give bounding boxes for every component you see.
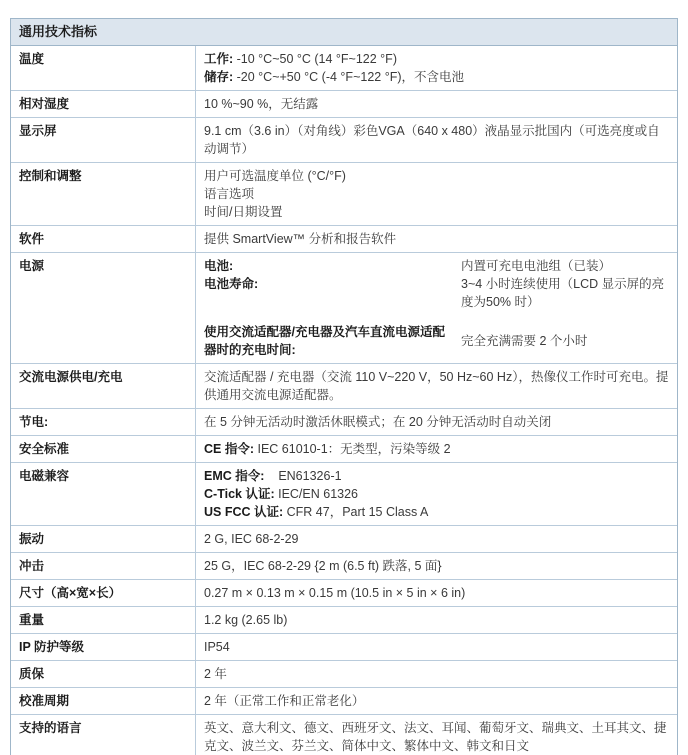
spec-value-line: C-Tick 认证: IEC/EN 61326 (204, 485, 669, 503)
spec-row: 软件提供 SmartView™ 分析和报告软件 (11, 226, 677, 253)
spec-row: 电源电池:内置可充电电池组（已装）电池寿命:3~4 小时连续使用（LCD 显示屏… (11, 253, 677, 364)
spec-value-text: -20 °C~+50 °C (-4 °F~122 °F)，不含电池 (233, 70, 464, 84)
spec-label: 电磁兼容 (11, 463, 196, 525)
spec-row: 温度工作: -10 °C~50 °C (14 °F~122 °F)储存: -20… (11, 46, 677, 91)
spec-value-line: 10 %~90 %，无结露 (204, 95, 669, 113)
spec-value: 交流适配器 / 充电器（交流 110 V~220 V，50 Hz~60 Hz），… (196, 364, 677, 408)
spec-value: 9.1 cm（3.6 in）（对角线）彩色VGA（640 x 480）液晶显示批… (196, 118, 677, 162)
spec-row: 交流电源供电/充电交流适配器 / 充电器（交流 110 V~220 V，50 H… (11, 364, 677, 409)
spec-value: 用户可选温度单位 (°C/°F)语言选项时间/日期设置 (196, 163, 677, 225)
power-sub-key: 电池: (204, 257, 451, 275)
spec-value-text: 交流适配器 / 充电器（交流 110 V~220 V，50 Hz~60 Hz），… (204, 370, 668, 402)
spec-value-line: US FCC 认证: CFR 47，Part 15 Class A (204, 503, 669, 521)
spec-row: 节电:在 5 分钟无活动时激活休眠模式；在 20 分钟无活动时自动关闭 (11, 409, 677, 436)
spec-value: 工作: -10 °C~50 °C (14 °F~122 °F)储存: -20 °… (196, 46, 677, 90)
spec-value: 0.27 m × 0.13 m × 0.15 m (10.5 in × 5 in… (196, 580, 677, 606)
spec-inline-key: 储存: (204, 70, 233, 84)
spec-value: 2 G, IEC 68-2-29 (196, 526, 677, 552)
spec-value-text: 用户可选温度单位 (°C/°F) (204, 169, 346, 183)
spec-label: 软件 (11, 226, 196, 252)
spec-row: 冲击25 G，IEC 68-2-29 {2 m (6.5 ft) 跌落, 5 面… (11, 553, 677, 580)
spec-value-text: 语言选项 (204, 187, 254, 201)
spec-label: 冲击 (11, 553, 196, 579)
spec-value-line: 1.2 kg (2.65 lb) (204, 611, 669, 629)
spec-value-text: 0.27 m × 0.13 m × 0.15 m (10.5 in × 5 in… (204, 586, 465, 600)
power-sub-key: 电池寿命: (204, 275, 451, 311)
spec-row: 相对湿度10 %~90 %，无结露 (11, 91, 677, 118)
spec-value-text: IEC/EN 61326 (275, 487, 358, 501)
power-subtable: 电池:内置可充电电池组（已装）电池寿命:3~4 小时连续使用（LCD 显示屏的亮… (204, 257, 669, 359)
spec-label: 支持的语言 (11, 715, 196, 755)
spec-label: 相对湿度 (11, 91, 196, 117)
spec-value-line: CE 指令: IEC 61010-1：无类型，污染等级 2 (204, 440, 669, 458)
spec-label: 显示屏 (11, 118, 196, 162)
spec-inline-key: US FCC 认证: (204, 505, 283, 519)
spec-value-line: 0.27 m × 0.13 m × 0.15 m (10.5 in × 5 in… (204, 584, 669, 602)
spec-value: 25 G，IEC 68-2-29 {2 m (6.5 ft) 跌落, 5 面} (196, 553, 677, 579)
spec-value: 10 %~90 %，无结露 (196, 91, 677, 117)
power-sub-value: 完全充满需要 2 个小时 (461, 332, 669, 350)
spec-value-line: 英文、意大利文、德文、西班牙文、法文、耳闻、葡萄牙文、瑞典文、土耳其文、捷克文、… (204, 719, 669, 755)
spec-row: IP 防护等级IP54 (11, 634, 677, 661)
spec-value-line: 2 年 (204, 665, 669, 683)
spec-value-text: 10 %~90 %，无结露 (204, 97, 318, 111)
table-title: 通用技术指标 (11, 19, 677, 46)
spec-value-text: 时间/日期设置 (204, 205, 282, 219)
spec-row: 质保2 年 (11, 661, 677, 688)
spec-value-text: CFR 47，Part 15 Class A (283, 505, 428, 519)
spec-value-text: 提供 SmartView™ 分析和报告软件 (204, 232, 396, 246)
spec-value-text: 在 5 分钟无活动时激活休眠模式；在 20 分钟无活动时自动关闭 (204, 415, 551, 429)
spec-value-line: 在 5 分钟无活动时激活休眠模式；在 20 分钟无活动时自动关闭 (204, 413, 669, 431)
spec-value-text: 2 G, IEC 68-2-29 (204, 532, 299, 546)
spec-label: 质保 (11, 661, 196, 687)
spec-label: 尺寸（高×宽×长） (11, 580, 196, 606)
spec-value-text: 英文、意大利文、德文、西班牙文、法文、耳闻、葡萄牙文、瑞典文、土耳其文、捷克文、… (204, 721, 667, 753)
spec-value-line: 2 G, IEC 68-2-29 (204, 530, 669, 548)
power-sub-value: 内置可充电电池组（已装） (461, 257, 669, 275)
spec-value: 提供 SmartView™ 分析和报告软件 (196, 226, 677, 252)
spec-value-line: 25 G，IEC 68-2-29 {2 m (6.5 ft) 跌落, 5 面} (204, 557, 669, 575)
spec-value: 在 5 分钟无活动时激活休眠模式；在 20 分钟无活动时自动关闭 (196, 409, 677, 435)
spec-label: 节电: (11, 409, 196, 435)
spec-value-text: 25 G，IEC 68-2-29 {2 m (6.5 ft) 跌落, 5 面} (204, 559, 442, 573)
spec-value: CE 指令: IEC 61010-1：无类型，污染等级 2 (196, 436, 677, 462)
spec-value-text: 2 年 (204, 667, 227, 681)
spec-row: 控制和调整用户可选温度单位 (°C/°F)语言选项时间/日期设置 (11, 163, 677, 226)
spec-value: 2 年（正常工作和正常老化） (196, 688, 677, 714)
spec-value-line: 交流适配器 / 充电器（交流 110 V~220 V，50 Hz~60 Hz），… (204, 368, 669, 404)
spec-value-line: 时间/日期设置 (204, 203, 669, 221)
spec-rows-container: 温度工作: -10 °C~50 °C (14 °F~122 °F)储存: -20… (11, 46, 677, 755)
spec-value-line: EMC 指令: EN61326-1 (204, 467, 669, 485)
spec-inline-key: C-Tick 认证: (204, 487, 275, 501)
spec-table: 通用技术指标 温度工作: -10 °C~50 °C (14 °F~122 °F)… (10, 18, 678, 755)
spec-label: 温度 (11, 46, 196, 90)
spec-value-text: 9.1 cm（3.6 in）（对角线）彩色VGA（640 x 480）液晶显示批… (204, 124, 660, 156)
spec-row: 支持的语言英文、意大利文、德文、西班牙文、法文、耳闻、葡萄牙文、瑞典文、土耳其文… (11, 715, 677, 755)
spec-label: 振动 (11, 526, 196, 552)
spec-value: IP54 (196, 634, 677, 660)
spec-inline-key: CE 指令: (204, 442, 254, 456)
spec-label: 安全标准 (11, 436, 196, 462)
spec-label: 交流电源供电/充电 (11, 364, 196, 408)
spec-value: 2 年 (196, 661, 677, 687)
spec-value-line: 语言选项 (204, 185, 669, 203)
spec-value-line: 提供 SmartView™ 分析和报告软件 (204, 230, 669, 248)
spec-label: 控制和调整 (11, 163, 196, 225)
spec-value-line: 用户可选温度单位 (°C/°F) (204, 167, 669, 185)
spec-label: 电源 (11, 253, 196, 363)
power-sub-key: 使用交流适配器/充电器及汽车直流电源适配器时的充电时间: (204, 323, 451, 359)
spec-value-text: IP54 (204, 640, 230, 654)
spec-row: 振动2 G, IEC 68-2-29 (11, 526, 677, 553)
spec-row: 安全标准CE 指令: IEC 61010-1：无类型，污染等级 2 (11, 436, 677, 463)
spec-row: 校准周期2 年（正常工作和正常老化） (11, 688, 677, 715)
spec-value: 英文、意大利文、德文、西班牙文、法文、耳闻、葡萄牙文、瑞典文、土耳其文、捷克文、… (196, 715, 677, 755)
spec-label: 校准周期 (11, 688, 196, 714)
spec-value-line: IP54 (204, 638, 669, 656)
spec-label: 重量 (11, 607, 196, 633)
spec-row: 重量1.2 kg (2.65 lb) (11, 607, 677, 634)
spec-value-text: 2 年（正常工作和正常老化） (204, 694, 364, 708)
spec-value-line: 储存: -20 °C~+50 °C (-4 °F~122 °F)，不含电池 (204, 68, 669, 86)
spec-label: IP 防护等级 (11, 634, 196, 660)
spec-row: 尺寸（高×宽×长）0.27 m × 0.13 m × 0.15 m (10.5 … (11, 580, 677, 607)
spec-value: 1.2 kg (2.65 lb) (196, 607, 677, 633)
spec-value-text: 1.2 kg (2.65 lb) (204, 613, 287, 627)
spec-row: 电磁兼容EMC 指令: EN61326-1C-Tick 认证: IEC/EN 6… (11, 463, 677, 526)
spec-value-text: IEC 61010-1：无类型，污染等级 2 (254, 442, 451, 456)
spec-value-text: -10 °C~50 °C (14 °F~122 °F) (233, 52, 397, 66)
power-sub-value: 3~4 小时连续使用（LCD 显示屏的亮度为50% 时） (461, 275, 669, 311)
spec-value-line: 工作: -10 °C~50 °C (14 °F~122 °F) (204, 50, 669, 68)
spec-value: 电池:内置可充电电池组（已装）电池寿命:3~4 小时连续使用（LCD 显示屏的亮… (196, 253, 677, 363)
spec-row: 显示屏9.1 cm（3.6 in）（对角线）彩色VGA（640 x 480）液晶… (11, 118, 677, 163)
spec-inline-key: EMC 指令: (204, 469, 264, 483)
spec-value: EMC 指令: EN61326-1C-Tick 认证: IEC/EN 61326… (196, 463, 677, 525)
spec-value-line: 2 年（正常工作和正常老化） (204, 692, 669, 710)
spec-value-line: 9.1 cm（3.6 in）（对角线）彩色VGA（640 x 480）液晶显示批… (204, 122, 669, 158)
spec-inline-key: 工作: (204, 52, 233, 66)
spec-value-text: EN61326-1 (264, 469, 341, 483)
